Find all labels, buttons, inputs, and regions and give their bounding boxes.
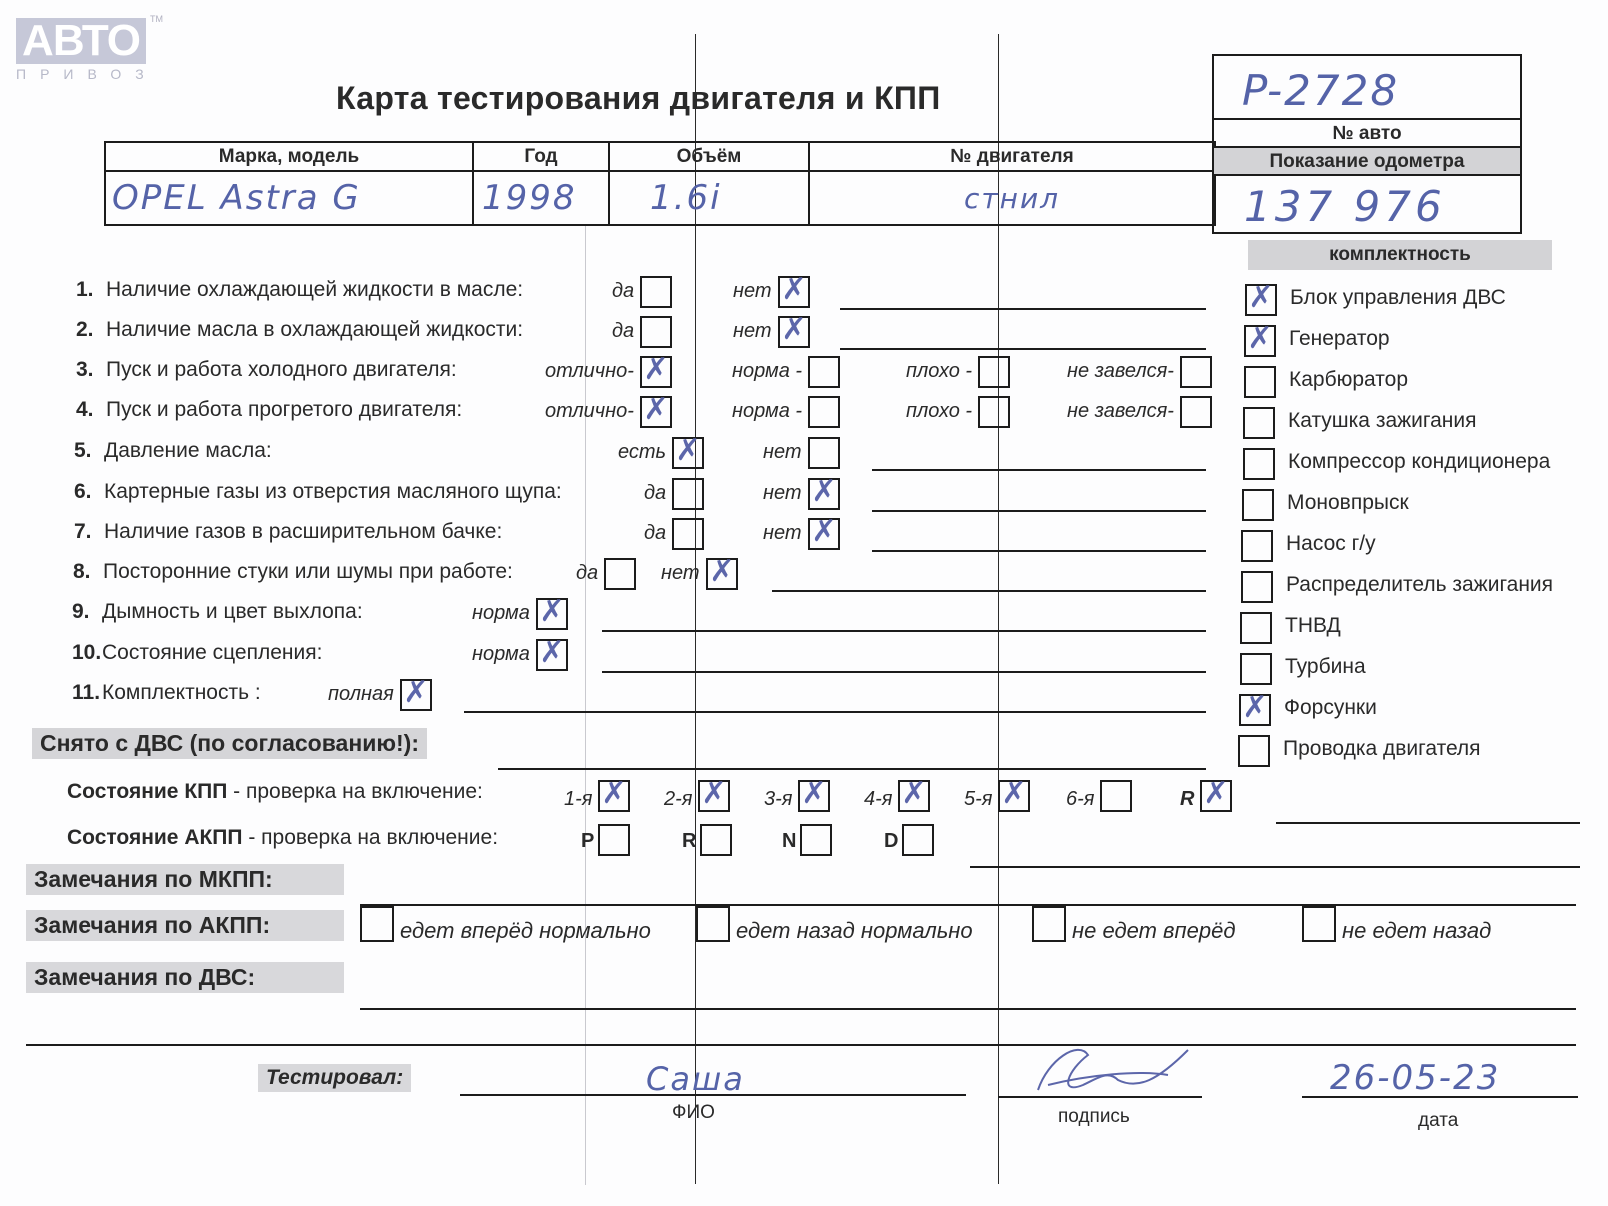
check-row-text: Дымность и цвет выхлопа: <box>102 600 363 623</box>
checkbox[interactable] <box>978 396 1010 428</box>
auto-trans-label-rest: - проверка на включение: <box>243 826 499 849</box>
remarks-mkpp-line[interactable] <box>360 904 1576 906</box>
check-option-label: норма - <box>732 360 802 383</box>
manual-trans-label-bold: Состояние КПП <box>67 780 227 803</box>
checkbox[interactable] <box>1180 356 1212 388</box>
kit-checkbox[interactable] <box>1243 407 1275 439</box>
check-row-text: Комплектность : <box>102 681 261 704</box>
check-mark-icon: ✗ <box>810 514 838 549</box>
check-option-label: норма <box>472 602 530 625</box>
check-option-label: норма - <box>732 400 802 423</box>
check-option-label: не завелся- <box>1067 400 1174 423</box>
gear-label: 3-я <box>764 788 792 811</box>
check-row-label: 9.Дымность и цвет выхлопа: <box>72 600 363 624</box>
kit-item-label: ТНВД <box>1285 614 1341 638</box>
signature-caption: подпись <box>1058 1106 1130 1128</box>
name-caption: ФИО <box>672 1102 715 1124</box>
auto-number-value[interactable]: P-2728 <box>1242 66 1399 115</box>
check-option-label: полная <box>328 683 394 706</box>
check-row-text: Пуск и работа прогретого двигателя: <box>106 398 462 421</box>
check-mark-icon: ✗ <box>600 776 628 811</box>
header-year: Год <box>473 142 609 171</box>
check-row-number: 8. <box>73 560 103 584</box>
auto-trans-label: Состояние АКПП - проверка на включение: <box>67 826 498 850</box>
check-mark-icon: ✗ <box>800 776 828 811</box>
checkbox[interactable] <box>978 356 1010 388</box>
kit-checkbox[interactable] <box>1240 612 1272 644</box>
checkbox[interactable] <box>640 276 672 308</box>
auto-position-label: N <box>782 830 796 853</box>
kit-checkbox[interactable] <box>1241 571 1273 603</box>
manual-trans-label-rest: - проверка на включение: <box>227 780 483 803</box>
kit-item-label: Блок управления ДВС <box>1290 286 1506 310</box>
kit-item-label: Генератор <box>1289 327 1390 351</box>
gear-checkbox[interactable]: ✗ <box>698 780 730 812</box>
kit-checkbox[interactable] <box>1243 448 1275 480</box>
check-option-label: нет <box>763 441 802 464</box>
check-mark-icon: ✗ <box>900 776 928 811</box>
gear-checkbox[interactable]: ✗ <box>1200 780 1232 812</box>
checkbox[interactable] <box>1180 396 1212 428</box>
remark-line[interactable] <box>840 348 1206 350</box>
gear-checkbox[interactable]: ✗ <box>598 780 630 812</box>
akpp-remark-label: едет вперёд нормально <box>400 918 651 944</box>
checkbox[interactable]: ✗ <box>808 478 840 510</box>
check-mark-icon: ✗ <box>642 352 670 387</box>
check-mark-icon: ✗ <box>1247 280 1275 315</box>
checkbox[interactable]: ✗ <box>808 518 840 550</box>
remark-line[interactable] <box>872 469 1206 471</box>
odometer-label: Показание одометра <box>1214 146 1520 176</box>
kit-checkbox[interactable] <box>1238 735 1270 767</box>
check-row-label: 5.Давление масла: <box>74 439 272 463</box>
remarks-mkpp-label: Замечания по МКПП: <box>26 864 344 895</box>
gear-checkbox[interactable]: ✗ <box>998 780 1030 812</box>
tester-name-value[interactable]: Саша <box>646 1060 745 1098</box>
check-row-label: 4.Пуск и работа прогретого двигателя: <box>76 398 462 422</box>
check-option-label: отлично- <box>545 360 634 383</box>
auto-position-checkbox[interactable] <box>902 824 934 856</box>
auto-position-checkbox[interactable] <box>598 824 630 856</box>
check-option-label: нет <box>763 522 802 545</box>
check-row-label: 8.Посторонние стуки или шумы при работе: <box>73 560 513 584</box>
auto-box: P-2728 № авто Показание одометра 137 976 <box>1212 54 1522 234</box>
vehicle-info-table: Марка, модель Год Объём № двигателя OPEL… <box>104 141 1216 226</box>
check-row-number: 11. <box>72 681 102 705</box>
check-row-label: 10.Состояние сцепления: <box>72 641 322 665</box>
engine-no-value[interactable]: стнил <box>964 182 1060 215</box>
check-mark-icon: ✗ <box>780 312 808 347</box>
check-option-label: да <box>576 562 598 585</box>
check-row-text: Наличие масла в охлаждающей жидкости: <box>106 318 523 341</box>
kit-checkbox[interactable]: ✗ <box>1245 284 1277 316</box>
remarks-dvs-line[interactable] <box>360 1008 1576 1010</box>
kit-item-label: Компрессор кондиционера <box>1288 450 1550 474</box>
gear-label: 1-я <box>564 788 592 811</box>
check-row-label: 1.Наличие охлаждающей жидкости в масле: <box>76 278 523 302</box>
check-row-text: Пуск и работа холодного двигателя: <box>106 358 457 381</box>
auto-position-label: D <box>884 830 898 853</box>
remarks-extra-line[interactable] <box>26 1044 1576 1046</box>
remark-line[interactable] <box>872 510 1206 512</box>
akpp-remark-label: едет назад нормально <box>736 918 973 944</box>
check-mark-icon: ✗ <box>674 433 702 468</box>
remark-line[interactable] <box>840 308 1206 310</box>
check-option-label: да <box>612 320 634 343</box>
auto-trans-label-bold: Состояние АКПП <box>67 826 243 849</box>
removed-line[interactable] <box>498 768 1206 770</box>
check-option-label: плохо - <box>906 400 972 423</box>
check-mark-icon: ✗ <box>1246 321 1274 356</box>
check-row-text: Картерные газы из отверстия масляного щу… <box>104 480 562 503</box>
check-row-number: 7. <box>74 520 104 544</box>
checkbox[interactable]: ✗ <box>706 558 738 590</box>
checkbox[interactable] <box>640 316 672 348</box>
check-row-number: 4. <box>76 398 106 422</box>
checkbox[interactable] <box>604 558 636 590</box>
check-option-label: нет <box>763 482 802 505</box>
checkbox[interactable]: ✗ <box>640 396 672 428</box>
check-row-number: 9. <box>72 600 102 624</box>
check-option-label: плохо - <box>906 360 972 383</box>
auto-position-label: P <box>581 830 594 853</box>
akpp-remark-label: не едет назад <box>1342 918 1491 944</box>
checkbox[interactable] <box>808 356 840 388</box>
auto-position-checkbox[interactable] <box>700 824 732 856</box>
check-option-label: да <box>644 522 666 545</box>
signature-image[interactable] <box>1028 1040 1198 1100</box>
logo: АВТО <box>16 18 146 64</box>
check-row-number: 6. <box>74 480 104 504</box>
checkbox[interactable]: ✗ <box>778 316 810 348</box>
kit-title: комплектность <box>1248 240 1552 270</box>
remarks-akpp-label: Замечания по АКПП: <box>26 910 344 941</box>
check-mark-icon: ✗ <box>538 635 566 670</box>
check-row-text: Наличие газов в расширительном бачке: <box>104 520 502 543</box>
check-row-text: Состояние сцепления: <box>102 641 322 664</box>
check-option-label: нет <box>661 562 700 585</box>
volume-value[interactable]: 1.6i <box>610 178 722 218</box>
akpp-remark-checkbox[interactable] <box>360 906 394 942</box>
auto-position-label: R <box>682 830 696 853</box>
check-row-text: Посторонние стуки или шумы при работе: <box>103 560 513 583</box>
date-caption: дата <box>1418 1110 1458 1132</box>
auto-position-checkbox[interactable] <box>800 824 832 856</box>
remark-line[interactable] <box>602 630 1206 632</box>
remarks-dvs-label: Замечания по ДВС: <box>26 962 344 993</box>
gear-checkbox[interactable]: ✗ <box>798 780 830 812</box>
gear-label: 4-я <box>864 788 892 811</box>
checkbox[interactable]: ✗ <box>672 437 704 469</box>
checkbox[interactable]: ✗ <box>778 276 810 308</box>
page-title: Карта тестирования двигателя и КПП <box>336 80 941 117</box>
checkbox[interactable] <box>808 396 840 428</box>
checkbox[interactable] <box>672 518 704 550</box>
kit-item-label: Распределитель зажигания <box>1286 573 1553 597</box>
gear-checkbox[interactable] <box>1100 780 1132 812</box>
check-mark-icon: ✗ <box>708 554 736 589</box>
checkbox[interactable]: ✗ <box>536 639 568 671</box>
year-value[interactable]: 1998 <box>474 178 577 218</box>
date-value[interactable]: 26-05-23 <box>1330 1058 1500 1098</box>
akpp-remark-label: не едет вперёд <box>1072 918 1236 944</box>
odometer-value[interactable]: 137 976 <box>1244 182 1446 231</box>
kit-item-label: Карбюратор <box>1289 368 1408 392</box>
tested-label: Тестировал: <box>258 1064 411 1092</box>
checkbox[interactable] <box>808 437 840 469</box>
kit-checkbox[interactable]: ✗ <box>1239 694 1271 726</box>
kit-item-label: Катушка зажигания <box>1288 409 1476 433</box>
check-row-text: Наличие охлаждающей жидкости в масле: <box>106 278 523 301</box>
check-row-number: 1. <box>76 278 106 302</box>
gear-label: 6-я <box>1066 788 1094 811</box>
check-mark-icon: ✗ <box>1241 690 1269 725</box>
remark-line[interactable] <box>772 590 1206 592</box>
kit-item-label: Моновпрыск <box>1287 491 1409 515</box>
check-row-label: 3.Пуск и работа холодного двигателя: <box>76 358 457 382</box>
checkbox[interactable]: ✗ <box>640 356 672 388</box>
check-mark-icon: ✗ <box>642 392 670 427</box>
check-row-label: 7.Наличие газов в расширительном бачке: <box>74 520 502 544</box>
gear-label: 5-я <box>964 788 992 811</box>
logo-subtitle: ПРИВОЗ <box>16 66 158 82</box>
removed-label: Снято с ДВС (по согласованию!): <box>32 728 427 759</box>
akpp-remark-checkbox[interactable] <box>1302 906 1336 942</box>
check-row-number: 2. <box>76 318 106 342</box>
kit-item-label: Насос г/у <box>1286 532 1376 556</box>
kit-item-label: Форсунки <box>1284 696 1377 720</box>
check-mark-icon: ✗ <box>780 272 808 307</box>
remark-line[interactable] <box>464 711 1206 713</box>
check-option-label: нет <box>733 320 772 343</box>
kit-checkbox[interactable] <box>1241 530 1273 562</box>
checkbox[interactable]: ✗ <box>536 598 568 630</box>
auto-remark-line[interactable] <box>970 866 1580 868</box>
kit-checkbox[interactable] <box>1244 366 1276 398</box>
check-option-label: не завелся- <box>1067 360 1174 383</box>
remark-line[interactable] <box>872 550 1206 552</box>
check-row-number: 3. <box>76 358 106 382</box>
check-row-text: Давление масла: <box>104 439 272 462</box>
gear-label: R <box>1180 788 1194 811</box>
signature-scribble-icon <box>1028 1040 1198 1100</box>
check-row-label: 2.Наличие масла в охлаждающей жидкости: <box>76 318 523 342</box>
checkbox[interactable] <box>672 478 704 510</box>
manual-trans-label: Состояние КПП - проверка на включение: <box>67 780 483 804</box>
check-option-label: норма <box>472 643 530 666</box>
header-engine-no: № двигателя <box>809 142 1215 171</box>
check-row-number: 10. <box>72 641 102 665</box>
check-option-label: есть <box>618 441 666 464</box>
check-mark-icon: ✗ <box>1000 776 1028 811</box>
kit-item-label: Турбина <box>1285 655 1366 679</box>
kit-checkbox[interactable]: ✗ <box>1244 325 1276 357</box>
header-volume: Объём <box>609 142 809 171</box>
model-value[interactable]: OPEL Astra G <box>106 178 361 218</box>
header-model: Марка, модель <box>105 142 473 171</box>
kit-checkbox[interactable] <box>1242 489 1274 521</box>
check-mark-icon: ✗ <box>402 675 430 710</box>
kit-checkbox[interactable] <box>1240 653 1272 685</box>
logo-trademark: TM <box>150 14 163 24</box>
gear-label: 2-я <box>664 788 692 811</box>
check-row-label: 6.Картерные газы из отверстия масляного … <box>74 480 562 504</box>
remark-line[interactable] <box>602 671 1206 673</box>
check-row-label: 11.Комплектность : <box>72 681 261 705</box>
auto-number-label: № авто <box>1214 118 1520 148</box>
check-mark-icon: ✗ <box>810 474 838 509</box>
check-mark-icon: ✗ <box>1202 776 1230 811</box>
checkbox[interactable]: ✗ <box>400 679 432 711</box>
check-option-label: да <box>644 482 666 505</box>
kit-item-label: Проводка двигателя <box>1283 737 1481 761</box>
check-mark-icon: ✗ <box>538 594 566 629</box>
check-option-label: нет <box>733 280 772 303</box>
gear-checkbox[interactable]: ✗ <box>898 780 930 812</box>
check-option-label: отлично- <box>545 400 634 423</box>
akpp-remark-checkbox[interactable] <box>696 906 730 942</box>
check-option-label: да <box>612 280 634 303</box>
check-row-number: 5. <box>74 439 104 463</box>
manual-remark-line[interactable] <box>1276 822 1580 824</box>
check-mark-icon: ✗ <box>700 776 728 811</box>
akpp-remark-checkbox[interactable] <box>1032 906 1066 942</box>
